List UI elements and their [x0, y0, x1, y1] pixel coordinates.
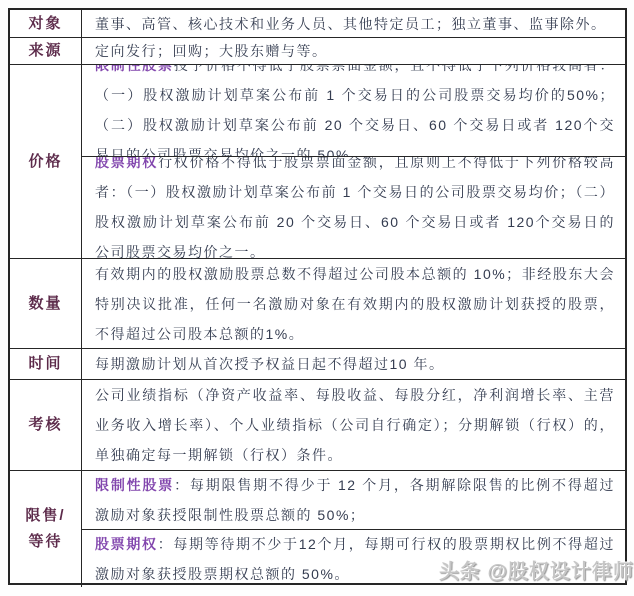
table-row: 对象董事、高管、核心技术和业务人员、其他特定员工；独立董事、监事除外。	[10, 10, 625, 37]
body-text: 董事、高管、核心技术和业务人员、其他特定员工；独立董事、监事除外。	[95, 16, 607, 32]
cell-text: 定向发行；回购；大股东赠与等。	[95, 38, 615, 64]
cell-text: 公司业绩指标（净资产收益率、每股收益、每股分红，净利润增长率、主营业务收入增长率…	[95, 380, 615, 470]
row-label: 时间	[10, 349, 82, 379]
table-row: 时间每期激励计划从首次授予权益日起不得超过10 年。	[10, 348, 625, 379]
content-cell: 定向发行；回购；大股东赠与等。	[82, 38, 625, 64]
cell-text: 限制性股票授予价格不得低于股票票面金额，且不得低于下列价格较高者：（一）股权激励…	[95, 65, 615, 156]
table-row: 来源定向发行；回购；大股东赠与等。	[10, 37, 625, 64]
table-row: 价格限制性股票授予价格不得低于股票票面金额，且不得低于下列价格较高者：（一）股权…	[10, 64, 625, 258]
table-row: 考核公司业绩指标（净资产收益率、每股收益、每股分红，净利润增长率、主营业务收入增…	[10, 379, 625, 470]
row-label: 来源	[10, 38, 82, 64]
row-label: 数量	[10, 259, 82, 348]
watermark-text: 头条 @股权设计律师	[435, 558, 634, 586]
table: 对象董事、高管、核心技术和业务人员、其他特定员工；独立董事、监事除外。来源定向发…	[8, 8, 627, 585]
content-cell: 每期激励计划从首次授予权益日起不得超过10 年。	[82, 349, 625, 379]
row-content: 限制性股票授予价格不得低于股票票面金额，且不得低于下列价格较高者：（一）股权激励…	[82, 65, 625, 258]
body-text: 公司业绩指标（净资产收益率、每股收益、每股分红，净利润增长率、主营业务收入增长率…	[95, 387, 615, 463]
cell-text: 每期激励计划从首次授予权益日起不得超过10 年。	[95, 349, 615, 379]
row-content: 公司业绩指标（净资产收益率、每股收益、每股分红，净利润增长率、主营业务收入增长率…	[82, 380, 625, 470]
row-content: 有效期内的股权激励股票总数不得超过公司股本总额的 10%；非经股东大会特别决议批…	[82, 259, 625, 348]
row-label: 限售/等待	[10, 471, 82, 587]
content-cell: 董事、高管、核心技术和业务人员、其他特定员工；独立董事、监事除外。	[82, 10, 625, 37]
body-text: 行权价格不得低于股票票面金额，且原则上不得低于下列价格较高者：（一）股权激励计划…	[95, 156, 615, 259]
keyword-text: 股票期权	[95, 156, 158, 171]
row-label: 价格	[10, 65, 82, 258]
cell-text: 董事、高管、核心技术和业务人员、其他特定员工；独立董事、监事除外。	[95, 10, 615, 37]
cell-text: 限制性股票：每期限售期不得少于 12 个月，各期解除限售的比例不得超过激励对象获…	[95, 471, 615, 529]
body-text: 每期激励计划从首次授予权益日起不得超过10 年。	[95, 356, 444, 372]
table-row: 数量有效期内的股权激励股票总数不得超过公司股本总额的 10%；非经股东大会特别决…	[10, 258, 625, 348]
content-cell: 股票期权行权价格不得低于股票票面金额，且原则上不得低于下列价格较高者：（一）股权…	[82, 156, 625, 259]
body-text: 授予价格不得低于股票票面金额，且不得低于下列价格较高者：（一）股权激励计划草案公…	[95, 65, 615, 156]
body-text: 有效期内的股权激励股票总数不得超过公司股本总额的 10%；非经股东大会特别决议批…	[95, 266, 615, 342]
keyword-text: 限制性股票	[95, 65, 174, 73]
row-content: 董事、高管、核心技术和业务人员、其他特定员工；独立董事、监事除外。	[82, 10, 625, 37]
content-cell: 限制性股票授予价格不得低于股票票面金额，且不得低于下列价格较高者：（一）股权激励…	[82, 65, 625, 156]
content-cell: 限制性股票：每期限售期不得少于 12 个月，各期解除限售的比例不得超过激励对象获…	[82, 471, 625, 529]
body-text: 定向发行；回购；大股东赠与等。	[95, 43, 328, 59]
cell-text: 有效期内的股权激励股票总数不得超过公司股本总额的 10%；非经股东大会特别决议批…	[95, 259, 615, 348]
keyword-text: 限制性股票	[95, 477, 174, 493]
row-label: 考核	[10, 380, 82, 470]
keyword-text: 股票期权	[95, 536, 158, 552]
cell-text: 股票期权行权价格不得低于股票票面金额，且原则上不得低于下列价格较高者：（一）股权…	[95, 156, 615, 259]
content-cell: 有效期内的股权激励股票总数不得超过公司股本总额的 10%；非经股东大会特别决议批…	[82, 259, 625, 348]
content-cell: 公司业绩指标（净资产收益率、每股收益、每股分红，净利润增长率、主营业务收入增长率…	[82, 380, 625, 470]
page: 对象董事、高管、核心技术和业务人员、其他特定员工；独立董事、监事除外。来源定向发…	[0, 0, 634, 596]
row-content: 每期激励计划从首次授予权益日起不得超过10 年。	[82, 349, 625, 379]
row-label: 对象	[10, 10, 82, 37]
row-content: 定向发行；回购；大股东赠与等。	[82, 38, 625, 64]
